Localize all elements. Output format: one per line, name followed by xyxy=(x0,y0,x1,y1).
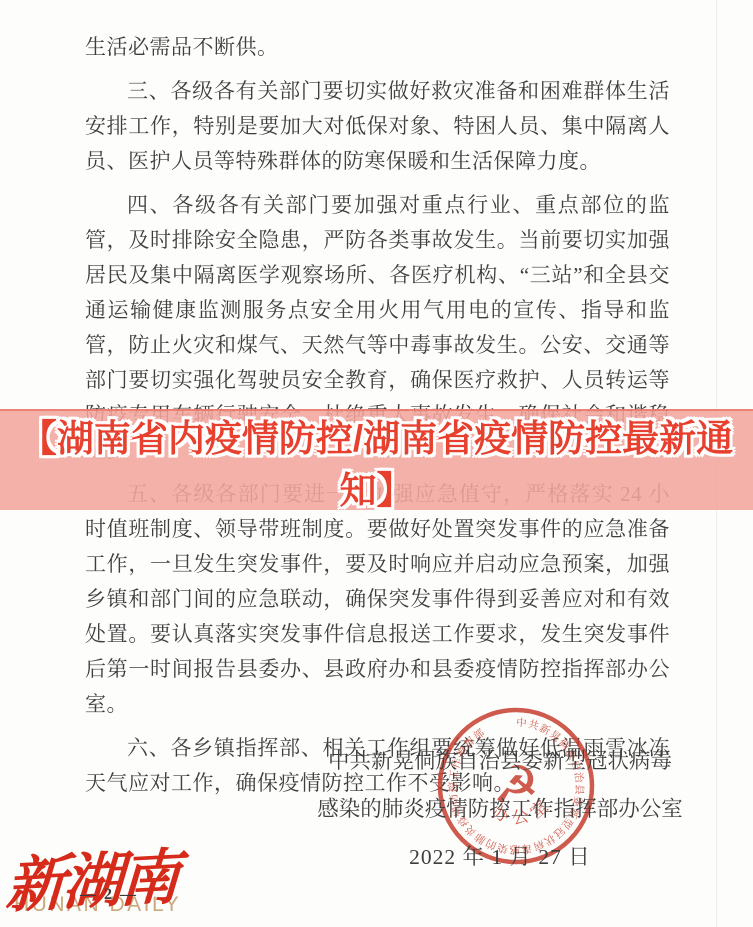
signature-date: 2022 年 1 月 27 日 xyxy=(280,840,720,871)
signature-org-line1: 中共新晃侗族自治县委新型冠状病毒 xyxy=(280,744,720,775)
signature-org-line2: 感染的肺炎疫情防控工作指挥部办公室 xyxy=(280,792,720,823)
paragraph-item-3: 三、各级各有关部门要切实做好救灾准备和困难群体生活安排工作，特别是要加大对低保对… xyxy=(85,74,670,179)
headline-overlay-banner: 【湖南省内疫情防控/湖南省疫情防控最新通知】 xyxy=(0,409,753,510)
hunan-daily-logo: 新湖南 xyxy=(4,829,179,924)
signature-block: 中共新晃侗族自治县委新型冠状病毒 感染的肺炎疫情防控工作指挥部办公室 2022 … xyxy=(280,744,720,871)
paragraph-continuation: 生活必需品不断供。 xyxy=(85,30,670,65)
headline-title: 【湖南省内疫情防控/湖南省疫情防控最新通知】 xyxy=(0,411,753,517)
scanned-notice-page: { "document": { "paragraphs": [ { "text"… xyxy=(0,0,753,927)
page-number: — 2 — xyxy=(80,886,138,904)
